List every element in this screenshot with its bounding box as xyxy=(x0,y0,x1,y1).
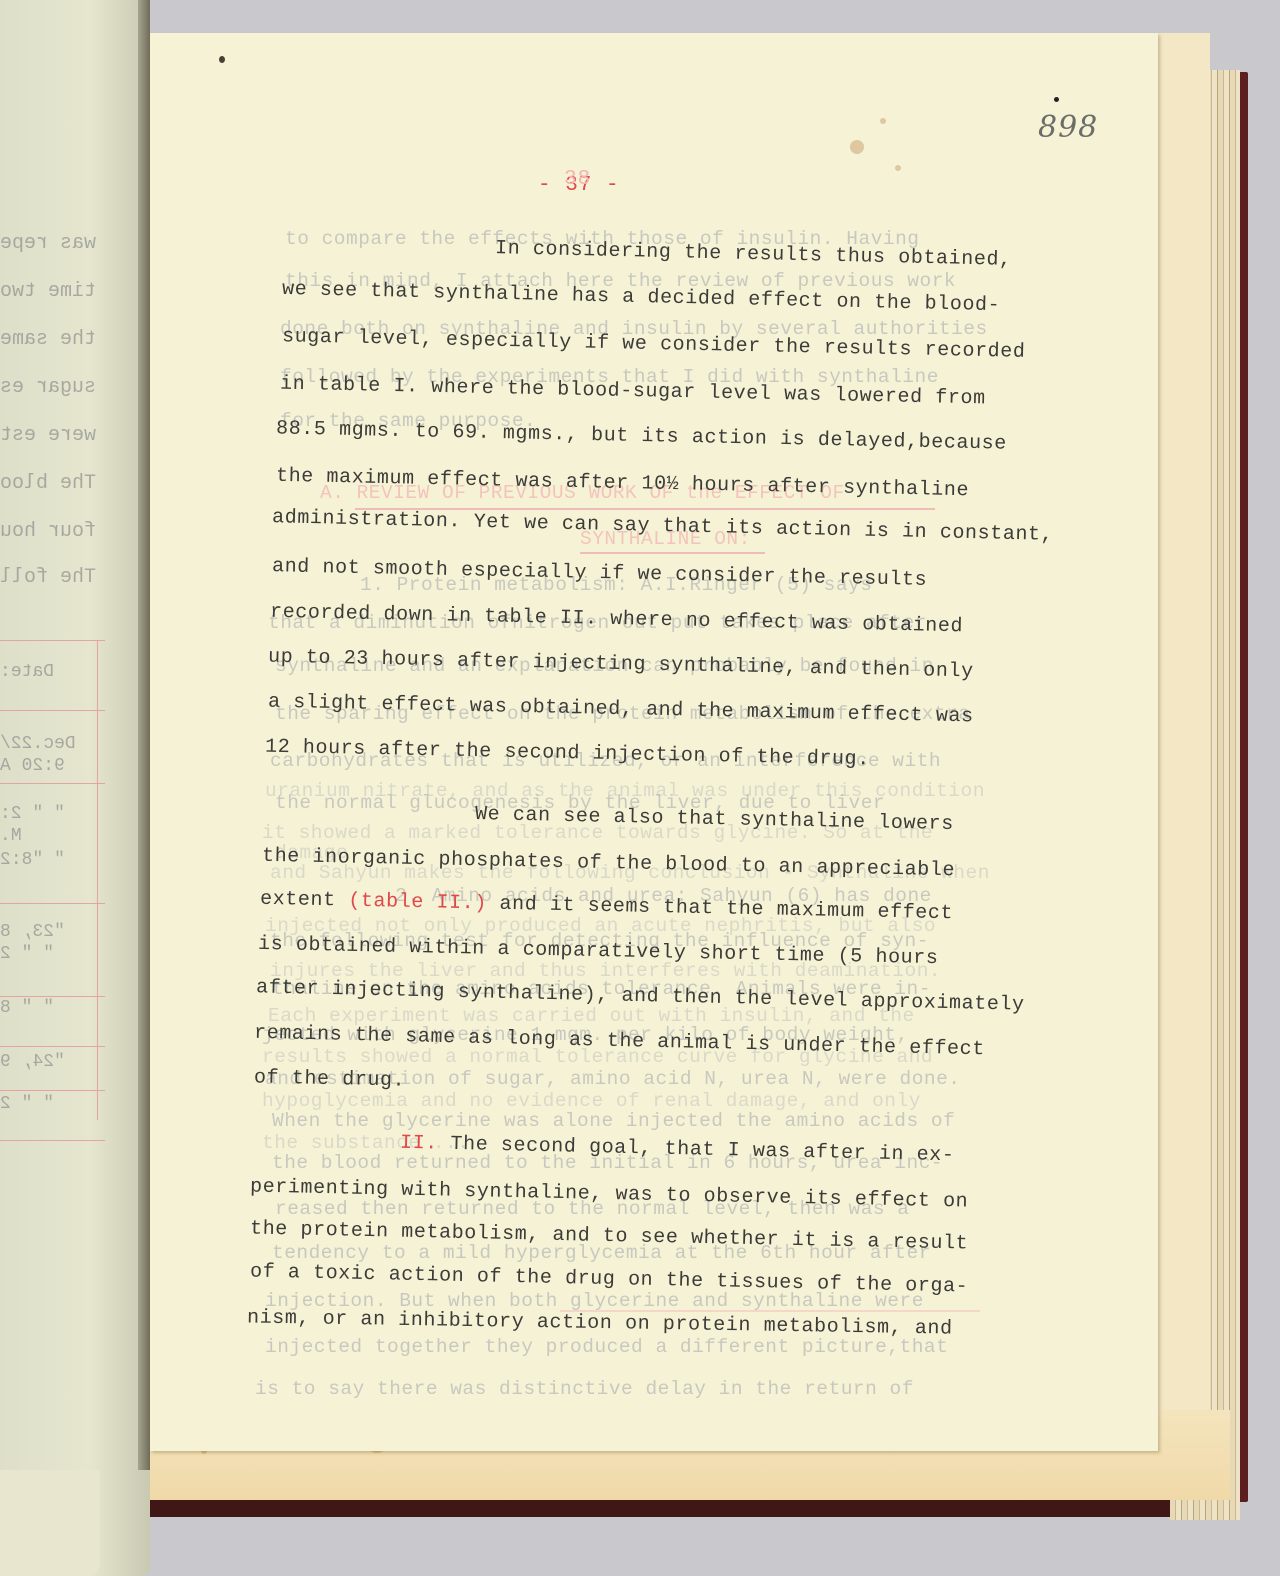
facing-table-cell: 9:20 A xyxy=(0,756,110,776)
facing-table-cell: "23, 8 xyxy=(0,922,110,942)
facing-table-cell: M. xyxy=(0,826,110,846)
table-reference: (table II.) xyxy=(348,890,487,916)
facing-table-border xyxy=(97,640,98,1120)
facing-table-cell: " " 2 xyxy=(0,1094,110,1114)
facing-page-line: were est xyxy=(0,424,110,447)
text-fragment: extent xyxy=(260,888,336,913)
facing-page-bottom-curl xyxy=(0,1470,100,1576)
ink-dot xyxy=(1054,97,1059,102)
page-number: 38 - 37 - xyxy=(538,174,620,197)
facing-table-rule xyxy=(0,640,105,641)
facing-table-rule xyxy=(0,710,105,711)
facing-table-cell: Dec.22/ xyxy=(0,734,110,754)
show-through-underline xyxy=(580,552,765,554)
text-line: of the drug. xyxy=(254,1066,406,1092)
facing-table-rule xyxy=(0,1140,105,1141)
section-marker: II. xyxy=(400,1132,438,1156)
facing-table-rule xyxy=(0,1090,105,1091)
facing-page-line: The foll xyxy=(0,566,110,589)
facing-table-cell: Date: xyxy=(0,662,110,682)
show-through-line: is to say there was distinctive delay in… xyxy=(255,1378,914,1400)
facing-table-rule xyxy=(0,1046,105,1047)
show-through-line: hypoglycemia and no evidence of renal da… xyxy=(262,1090,921,1112)
folio-number: 898 xyxy=(1038,110,1098,145)
show-through-line: injected together they produced a differ… xyxy=(265,1336,948,1358)
facing-page-line: The bloo xyxy=(0,472,110,495)
foxing-stain xyxy=(850,140,864,154)
show-through-line: When the glycerine was alone injected th… xyxy=(272,1110,955,1132)
facing-page-left: was repe time two the same sugar es were… xyxy=(0,0,150,1576)
facing-page-line: sugar es xyxy=(0,376,110,399)
facing-page-line: time two xyxy=(0,280,110,303)
foxing-stain xyxy=(880,118,886,124)
foxing-stain xyxy=(895,165,901,171)
facing-page-line: the same xyxy=(0,328,110,351)
gutter-shadow xyxy=(138,0,150,1470)
facing-table-cell: "24, 9 xyxy=(0,1052,110,1072)
facing-table-rule xyxy=(0,996,105,997)
punch-hole-mark xyxy=(219,56,225,63)
facing-table-cell: " " 8 xyxy=(0,998,110,1018)
page-number-overstrike: 38 xyxy=(564,168,591,191)
facing-page-line: was repe xyxy=(0,232,110,255)
facing-table-cell: " " 2 xyxy=(0,944,110,964)
facing-table-cell: " " 2: xyxy=(0,804,110,824)
facing-table-rule xyxy=(0,783,105,784)
facing-table-cell: " "8:2 xyxy=(0,850,110,870)
facing-table-rule xyxy=(0,903,105,904)
facing-page-line: four hou xyxy=(0,520,110,543)
